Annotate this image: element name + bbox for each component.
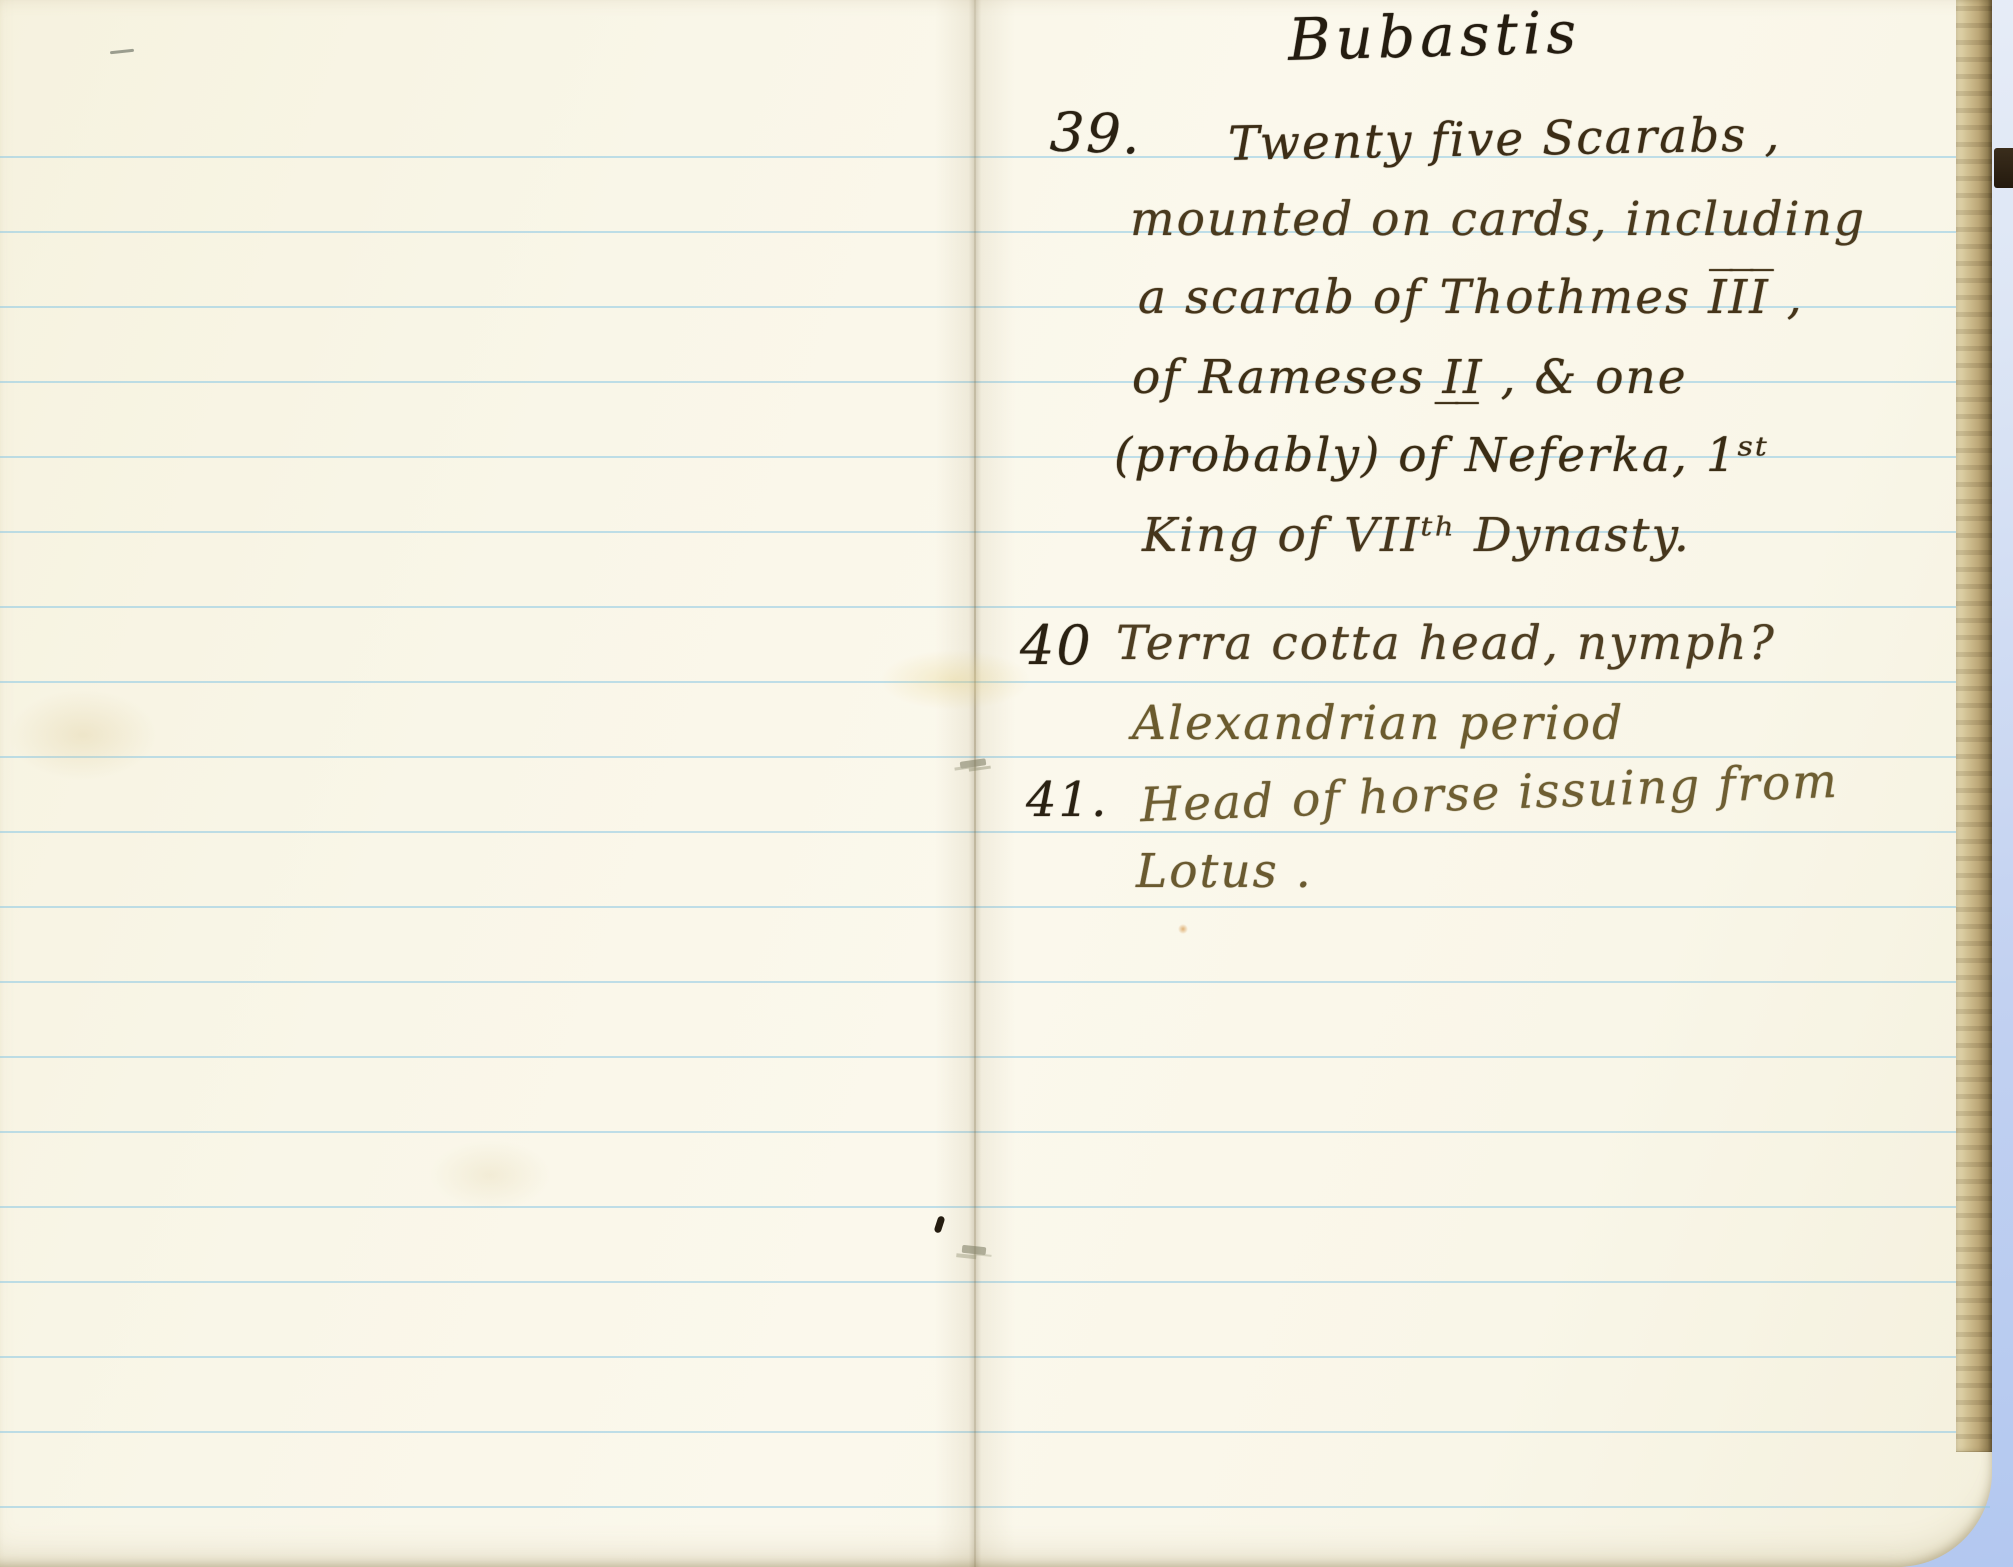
paper-stain (1178, 924, 1188, 934)
scanned-notebook-photo: Bubastis 39. Twenty five Scarabs , mount… (0, 0, 2013, 1567)
entry-39-line-6: King of VIIᵗʰ Dynasty. (1142, 508, 1691, 563)
entry-39-line-5: (probably) of Neferka, 1ˢᵗ (1114, 428, 1769, 483)
entry-41-line-2: Lotus . (1136, 844, 1313, 899)
entry-39-number: 39. (1049, 100, 1143, 166)
entry-41-number: 41. (1026, 772, 1108, 828)
page-fold-crease (974, 0, 976, 1567)
stacked-page-edges (1956, 0, 1992, 1452)
paper-stain (430, 1140, 550, 1210)
entry-39-line-2: mounted on cards, including (1130, 192, 1866, 247)
entry-39-line-1: Twenty five Scarabs , (1228, 107, 1782, 172)
notebook-page-spread: Bubastis 39. Twenty five Scarabs , mount… (0, 0, 1992, 1567)
page-title: Bubastis (1287, 0, 1582, 74)
entry-40-line-1: Terra cotta head, nymph? (1116, 616, 1776, 671)
entry-39-line-3: a scarab of Thothmes I̅I̅I̅ , (1138, 270, 1804, 325)
paper-stain (8, 690, 158, 780)
entry-39-line-4: of Rameses I̲I̲ , & one (1132, 350, 1688, 405)
entry-40-line-2: Alexandrian period (1132, 696, 1624, 751)
entry-41-line-1: Head of horse issuing from (1139, 754, 1839, 833)
stray-pen-mark (110, 49, 134, 54)
notebook-clasp-band (1994, 148, 2013, 188)
entry-40-number: 40 (1020, 614, 1093, 677)
